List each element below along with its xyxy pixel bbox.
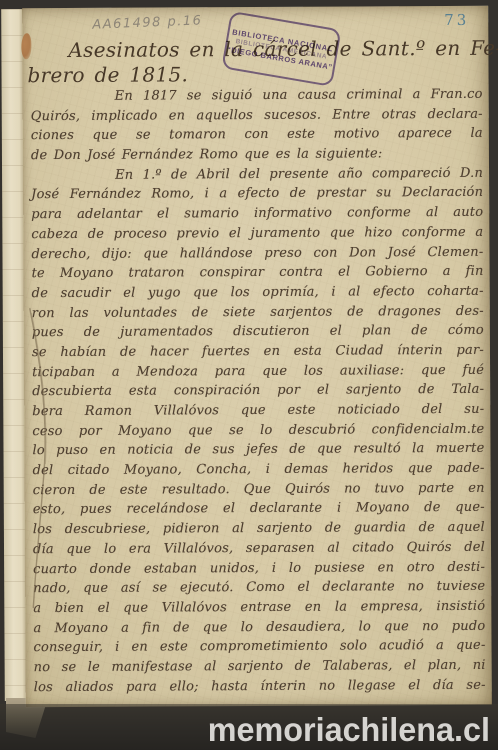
pencil-archive-code: AA61498 p.16	[92, 13, 203, 32]
scan-background: AA61498 p.16 73 Asesinatos en la cárcel …	[0, 0, 498, 750]
manuscript-line: ciones que se tomaron con este motivo ap…	[31, 124, 483, 146]
manuscript-body: En 1817 se siguió una causa criminal a F…	[31, 85, 486, 698]
manuscript-line: día que lo era Villalóvos, separasen al …	[33, 538, 485, 560]
manuscript-line: En 1817 se siguió una causa criminal a F…	[31, 85, 483, 107]
manuscript-line: ceso por Moyano que se lo descubrió conf…	[32, 419, 484, 441]
manuscript-line: del citado Moyano, Concha, i demas herid…	[33, 459, 485, 481]
manuscript-line: de Don José Fernández Romo que es la sig…	[31, 144, 483, 166]
manuscript-line: se habían de hacer fuertes en esta Ciuda…	[32, 341, 484, 363]
manuscript-line: a Moyano a fin de que lo desaudiera, lo …	[33, 616, 485, 638]
manuscript-line: de sacudir el yugo que los oprimía, i al…	[32, 282, 484, 304]
manuscript-line: cieron de este resultado. Que Quirós no …	[33, 479, 485, 501]
manuscript-page: AA61498 p.16 73 Asesinatos en la cárcel …	[22, 6, 492, 707]
ink-stain	[21, 33, 31, 59]
library-stamp: BIBLIOTECA NACIONAL BIBLIOTECA AMERICANA…	[221, 11, 341, 87]
manuscript-line: ticipaban a Mendoza para que los auxilia…	[32, 360, 484, 382]
manuscript-line: los aliados para ello; hasta ínterin no …	[34, 675, 486, 697]
manuscript-line: te Moyano trataron conspirar contra el G…	[32, 262, 484, 284]
manuscript-line: a bien el que Villalóvos entrase en la e…	[33, 597, 485, 619]
manuscript-line: nado, que así se ejecutó. Como el declar…	[33, 577, 485, 599]
manuscript-line: bera Ramon Villalóvos que este noticiado…	[32, 400, 484, 422]
manuscript-line: descubierta esta conspiración por el sar…	[32, 380, 484, 402]
manuscript-line: esto, pues recelándose el declarante i M…	[33, 498, 485, 520]
manuscript-line: pues de juramentados discutieron el plan…	[32, 321, 484, 343]
manuscript-line: ron las voluntades de siete sarjentos de…	[32, 301, 484, 323]
manuscript-line: lo puso en noticia de sus jefes de que r…	[32, 439, 484, 461]
manuscript-line: los descubriese, pidieron al sarjento de…	[33, 518, 485, 540]
manuscript-line: cuarto donde estaban unidos, i lo pusies…	[33, 557, 485, 579]
manuscript-line: derecho, dijo: que hallándose preso con …	[31, 242, 483, 264]
manuscript-line: para adelantar el sumario informativo co…	[31, 203, 483, 225]
manuscript-title-line-2: brero de 1815.	[27, 62, 188, 87]
watermark: memoriachilena.cl	[208, 711, 490, 749]
manuscript-line: José Fernández Romo, i a efecto de prest…	[31, 183, 483, 205]
manuscript-line: En 1.º de Abril del presente año compare…	[31, 164, 483, 186]
manuscript-line: conseguir, i en este comprometimiento so…	[33, 636, 485, 658]
manuscript-line: no se le manifestase al sarjento de Tala…	[34, 656, 486, 678]
folio-number: 73	[444, 11, 469, 29]
manuscript-line: Quirós, implicado en aquellos sucesos. E…	[31, 105, 483, 127]
manuscript-line: cabeza de proceso previo el juramento qu…	[31, 223, 483, 245]
